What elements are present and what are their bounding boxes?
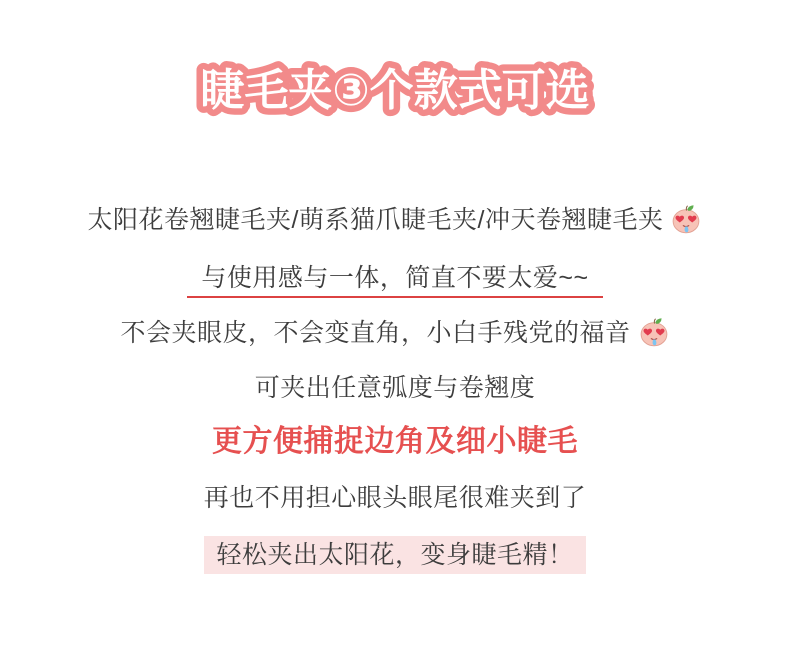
feature-line-sunflower: 轻松夹出太阳花，变身睫毛精！ bbox=[0, 536, 790, 574]
underlined-text: 与使用感与一体，简直不要太爱~~ bbox=[187, 264, 602, 298]
feature-text: 太阳花卷翘睫毛夹/萌系猫爪睫毛夹/冲天卷翘睫毛夹 bbox=[88, 206, 664, 234]
feature-line-no-worry: 再也不用担心眼头眼尾很难夹到了 bbox=[0, 481, 790, 515]
feature-line-no-pinch: 不会夹眼皮，不会变直角，小白手残党的福音 bbox=[0, 316, 790, 350]
heart-eyes-peach-emoji bbox=[670, 203, 702, 235]
feature-text: 再也不用担心眼头眼尾很难夹到了 bbox=[204, 484, 587, 512]
accent-red-text: 更方便捕捉边角及细小睫毛 bbox=[212, 425, 578, 458]
promo-page: 睫毛夹③个款式可选 太阳花卷翘睫毛夹/萌系猫爪睫毛夹/冲天卷翘睫毛夹 与使用感与… bbox=[0, 0, 790, 655]
feature-text: 可夹出任意弧度与卷翘度 bbox=[255, 374, 536, 402]
feature-text: 不会夹眼皮，不会变直角，小白手残党的福音 bbox=[120, 319, 630, 347]
feature-line-styles: 太阳花卷翘睫毛夹/萌系猫爪睫毛夹/冲天卷翘睫毛夹 bbox=[0, 203, 790, 237]
heart-eyes-peach-emoji bbox=[638, 316, 670, 348]
highlighted-text: 轻松夹出太阳花，变身睫毛精！ bbox=[204, 536, 585, 574]
page-title-text: 睫毛夹③个款式可选 bbox=[200, 66, 589, 115]
feature-line-feel: 与使用感与一体，简直不要太爱~~ bbox=[0, 264, 790, 298]
feature-line-corners: 更方便捕捉边角及细小睫毛 bbox=[0, 423, 790, 461]
page-title: 睫毛夹③个款式可选 bbox=[0, 44, 790, 136]
feature-line-curl: 可夹出任意弧度与卷翘度 bbox=[0, 371, 790, 405]
